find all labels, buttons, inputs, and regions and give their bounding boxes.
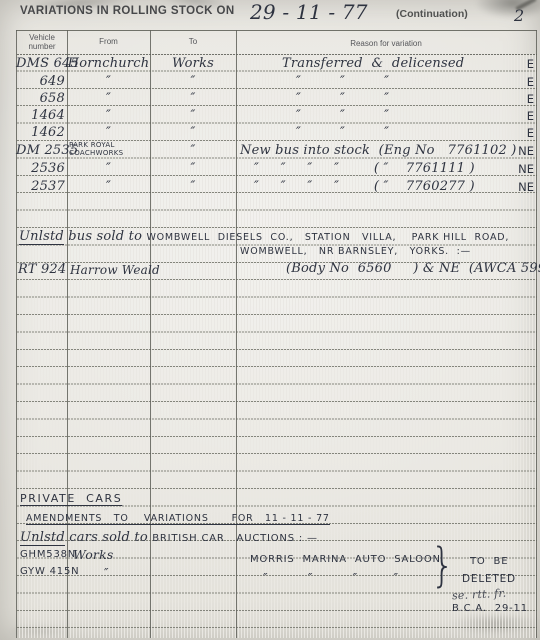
- col-header-to: To: [150, 37, 236, 46]
- to-destination: ″: [150, 179, 236, 194]
- from-garage: ″: [67, 91, 150, 106]
- car-location: Works: [73, 547, 114, 562]
- car-model-ditto: ″ ″ ″ ″: [263, 571, 398, 585]
- bca-date-stamp: B.C.A. 29-11: [452, 603, 528, 614]
- from-garage: ″: [67, 108, 150, 123]
- buyer-address-line1: WOMBWELL DIESELS CO., STATION VILLA, PAR…: [146, 232, 509, 243]
- page-number: 2: [514, 6, 524, 25]
- licence-status: E: [527, 126, 534, 140]
- from-garage: ″: [67, 161, 150, 176]
- sale-note-lead: bus sold to: [64, 229, 147, 244]
- reason-text: ″ ″ ″: [236, 74, 540, 89]
- to-destination: ″: [150, 143, 236, 158]
- from-garage: ″: [67, 179, 150, 194]
- car-registration: GYW 415N: [20, 566, 79, 577]
- vehicle-number: 2536: [16, 161, 68, 176]
- car-registration: GHM538N: [20, 549, 76, 560]
- page-title: VARIATIONS IN ROLLING STOCK ON: [20, 5, 235, 17]
- licence-status: E: [527, 92, 534, 106]
- auction-sale-line: Unlstd cars sold to BRITISH CAR AUCTIONS…: [20, 529, 318, 545]
- action-to-be: TO BE: [470, 556, 508, 567]
- private-cars-heading: PRIVATE CARS: [20, 492, 122, 506]
- buyer-address-line2: WOMBWELL, NR BARNSLEY, YORKS. :—: [240, 246, 471, 257]
- sold-vehicle-number: RT 924: [18, 262, 66, 277]
- table-row: 649 ″ ″ ″ ″ ″ E: [16, 74, 537, 92]
- table-row: 1464 ″ ″ ″ ″ ″ E: [16, 108, 537, 126]
- reason-text: New bus into stock (Eng No 7761102 ): [236, 143, 536, 158]
- col-header-vehicle: Vehicle number: [17, 33, 67, 51]
- table-row: DM 2535 PARK ROYAL COACHWORKS ″ New bus …: [16, 143, 537, 161]
- reason-text: ″ ″ ″: [236, 91, 540, 106]
- to-destination: ″: [150, 108, 236, 123]
- vehicle-number: DM 2535: [16, 143, 68, 158]
- handwritten-date: 29 - 11 - 77: [250, 0, 368, 24]
- to-destination: ″: [150, 91, 236, 106]
- sale-note-lead-underlined: Unlstd: [19, 229, 64, 245]
- continuation-label: (Continuation): [396, 8, 468, 20]
- licence-status: NE: [518, 162, 534, 176]
- vehicle-number: 2537: [16, 179, 68, 194]
- from-garage: ″: [67, 125, 150, 140]
- from-garage: ″: [67, 74, 150, 89]
- reason-text: Transferred & delicensed: [236, 56, 540, 71]
- vehicle-number: 1462: [16, 125, 68, 140]
- table-row: 658 ″ ″ ″ ″ ″ E: [16, 91, 537, 109]
- amendments-heading: AMENDMENTS TO VARIATIONS FOR 11 - 11 - 7…: [26, 513, 330, 525]
- auction-buyer: BRITISH CAR AUCTIONS : —: [152, 533, 318, 544]
- sale-note-line1: Unlstd bus sold to WOMBWELL DIESELS CO.,…: [19, 228, 509, 244]
- licence-status: NE: [518, 144, 534, 158]
- action-deleted: DELETED: [462, 573, 516, 585]
- auction-lead-underlined: Unlstd: [20, 530, 65, 546]
- car-model: MORRIS MARINA AUTO SALOON: [250, 554, 441, 565]
- reason-text: ″ ″ ″: [236, 108, 540, 123]
- table-row: DMS 645 Hornchurch Works Transferred & d…: [16, 56, 537, 74]
- to-destination: ″: [150, 74, 236, 89]
- from-garage: PARK ROYAL COACHWORKS: [67, 142, 152, 157]
- vehicle-number: 1464: [16, 108, 68, 123]
- to-destination: ″: [150, 161, 236, 176]
- licence-status: E: [527, 75, 534, 89]
- table-row: 2536 ″ ″ ″ ″ ″ ″ ( ″ 7761111 ) NE: [16, 161, 537, 179]
- col-header-reason: Reason for variation: [236, 39, 536, 48]
- reason-text: ″ ″ ″ ″ ( ″ 7760277 ): [236, 179, 540, 194]
- vehicle-number: 658: [16, 91, 68, 106]
- col-header-from: From: [67, 37, 150, 46]
- table-row: 2537 ″ ″ ″ ″ ″ ″ ( ″ 7760277 ) NE: [16, 179, 537, 197]
- auction-lead: cars sold to: [65, 530, 152, 545]
- grouping-brace: }: [431, 542, 454, 588]
- car-location-ditto: ″: [104, 566, 109, 580]
- to-destination: Works: [150, 56, 236, 71]
- from-garage: Hornchurch: [67, 56, 150, 71]
- vehicle-number: 649: [16, 74, 68, 89]
- reason-text: ″ ″ ″: [236, 125, 540, 140]
- licence-status: E: [527, 109, 534, 123]
- vehicle-number: DMS 645: [16, 56, 68, 71]
- licence-status: NE: [518, 180, 534, 194]
- sold-vehicle-garage: Harrow Weald: [70, 263, 160, 277]
- licence-status: E: [527, 57, 534, 71]
- body-number-note: (Body No 6560 ) & NE (AWCA 599/807).: [286, 261, 540, 276]
- to-destination: ″: [150, 125, 236, 140]
- scanned-variations-page: VARIATIONS IN ROLLING STOCK ON 29 - 11 -…: [0, 0, 540, 640]
- reason-text: ″ ″ ″ ″ ( ″ 7761111 ): [236, 161, 540, 176]
- table-top-border: [16, 30, 537, 31]
